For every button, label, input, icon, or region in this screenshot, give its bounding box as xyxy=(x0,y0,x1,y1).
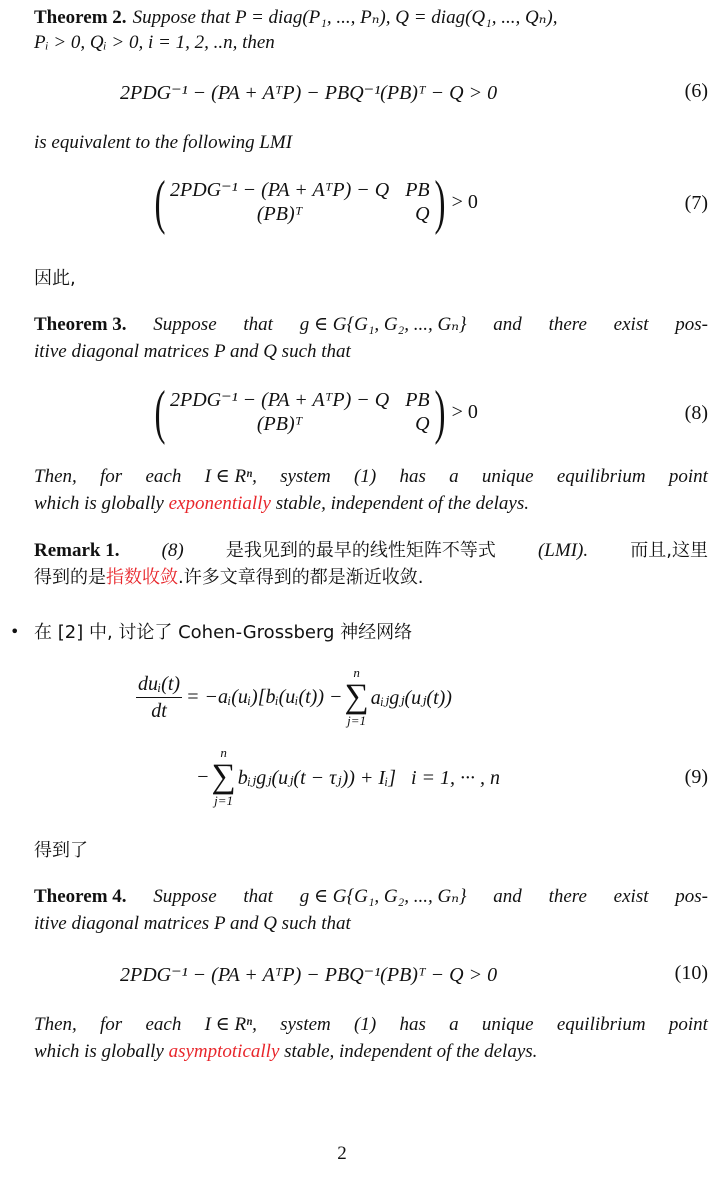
theorem3-line1: Theorem 3. Suppose that g ∈ G{G₁, G₂, ..… xyxy=(34,312,708,338)
page-number: 2 xyxy=(0,1143,684,1165)
obtained-text: 得到了 xyxy=(34,838,708,864)
right-paren: ) xyxy=(434,172,445,232)
highlight-asymptotically: asymptotically xyxy=(169,1041,280,1062)
equation-9-line1: duᵢ(t) dt = −aᵢ(uᵢ)[bᵢ(uᵢ(t)) − n ∑ j=1 … xyxy=(0,666,728,726)
theorem4-conclusion-line1: Then, for each I ∈ Rⁿ, system (1) has a … xyxy=(34,1012,708,1038)
derivative-fraction: duᵢ(t) dt xyxy=(136,671,182,724)
summation-symbol: n ∑ j=1 xyxy=(212,746,236,808)
theorem3-label: Theorem 3. xyxy=(34,312,127,338)
bullet-text: 在 [2] 中, 讨论了 Cohen-Grossberg 神经网络 xyxy=(34,620,708,646)
remark1-label: Remark 1. xyxy=(34,538,119,564)
left-paren: ( xyxy=(154,382,165,442)
summation-symbol: n ∑ j=1 xyxy=(345,666,369,728)
theorem2-line1: Theorem 2. Suppose that P = diag(P₁, ...… xyxy=(34,4,708,31)
bullet-icon: • xyxy=(10,622,19,641)
equation-9-number: (9) xyxy=(685,766,708,789)
theorem3-conclusion-line2: which is globally exponentially stable, … xyxy=(34,491,708,517)
equation-7: ( 2PDG⁻¹ − (PA + AᵀP) − Q PB (PB)ᵀ Q ) >… xyxy=(0,172,728,236)
theorem2-label: Theorem 2. xyxy=(34,7,127,28)
theorem2-after: is equivalent to the following LMI xyxy=(34,130,708,156)
matrix-cell-21: (PB)ᵀ xyxy=(170,202,389,226)
theorem4-label: Theorem 4. xyxy=(34,884,127,910)
theorem4-line1: Theorem 4. Suppose that g ∈ G{G₁, G₂, ..… xyxy=(34,884,708,910)
remark1-line2: 得到的是指数收敛.许多文章得到的都是渐近收敛. xyxy=(34,565,708,591)
equation-7-number: (7) xyxy=(685,192,708,215)
left-paren: ( xyxy=(154,172,165,232)
right-paren: ) xyxy=(434,382,445,442)
theorem4-line2: itive diagonal matrices P and Q such tha… xyxy=(34,911,708,937)
matrix-cell-11: 2PDG⁻¹ − (PA + AᵀP) − Q xyxy=(170,178,389,202)
equation-10: 2PDG⁻¹ − (PA + AᵀP) − PBQ⁻¹(PB)ᵀ − Q > 0… xyxy=(0,962,728,990)
equation-6-expr: 2PDG⁻¹ − (PA + AᵀP) − PBQ⁻¹(PB)ᵀ − Q > 0 xyxy=(120,80,497,105)
equation-8-number: (8) xyxy=(685,402,708,425)
equation-10-number: (10) xyxy=(675,962,708,985)
equation-9-line2: − n ∑ j=1 bᵢⱼgⱼ(uⱼ(t − τⱼ)) + Iᵢ] i = 1,… xyxy=(0,746,728,816)
theorem2-line2: Pᵢ > 0, Qᵢ > 0, i = 1, 2, ..n, then xyxy=(34,30,708,56)
equation-8: ( 2PDG⁻¹ − (PA + AᵀP) − Q PB (PB)ᵀ Q ) >… xyxy=(0,382,728,446)
theorem4-conclusion-line2: which is globally asymptotically stable,… xyxy=(34,1039,708,1065)
lmi-matrix-8: ( 2PDG⁻¹ − (PA + AᵀP) − Q PB (PB)ᵀ Q ) >… xyxy=(150,382,478,442)
theorem2-statement: Suppose that P = diag(P₁, ..., Pₙ), Q = … xyxy=(133,7,558,28)
matrix-cell-22: Q xyxy=(405,202,429,226)
matrix-cell-12: PB xyxy=(405,388,429,412)
matrix-rhs: > 0 xyxy=(452,191,478,214)
matrix-cell-22: Q xyxy=(405,412,429,436)
highlight-exponentially: exponentially xyxy=(169,493,271,514)
matrix-cell-12: PB xyxy=(405,178,429,202)
remark1-line1: Remark 1. (8) 是我见到的最早的线性矩阵不等式 (LMI). 而且,… xyxy=(34,538,708,564)
matrix-rhs: > 0 xyxy=(452,401,478,424)
equation-10-expr: 2PDG⁻¹ − (PA + AᵀP) − PBQ⁻¹(PB)ᵀ − Q > 0 xyxy=(120,962,497,987)
equation-6: 2PDG⁻¹ − (PA + AᵀP) − PBQ⁻¹(PB)ᵀ − Q > 0… xyxy=(0,80,728,108)
therefore-text: 因此, xyxy=(34,266,708,292)
theorem3-line2: itive diagonal matrices P and Q such tha… xyxy=(34,339,708,365)
matrix-cell-11: 2PDG⁻¹ − (PA + AᵀP) − Q xyxy=(170,388,389,412)
theorem3-conclusion-line1: Then, for each I ∈ Rⁿ, system (1) has a … xyxy=(34,464,708,490)
lmi-matrix-7: ( 2PDG⁻¹ − (PA + AᵀP) − Q PB (PB)ᵀ Q ) >… xyxy=(150,172,478,232)
matrix-cell-21: (PB)ᵀ xyxy=(170,412,389,436)
document-page: Theorem 2. Suppose that P = diag(P₁, ...… xyxy=(0,0,728,1185)
equation-6-number: (6) xyxy=(685,80,708,103)
highlight-exponential-convergence: 指数收敛 xyxy=(106,567,178,588)
